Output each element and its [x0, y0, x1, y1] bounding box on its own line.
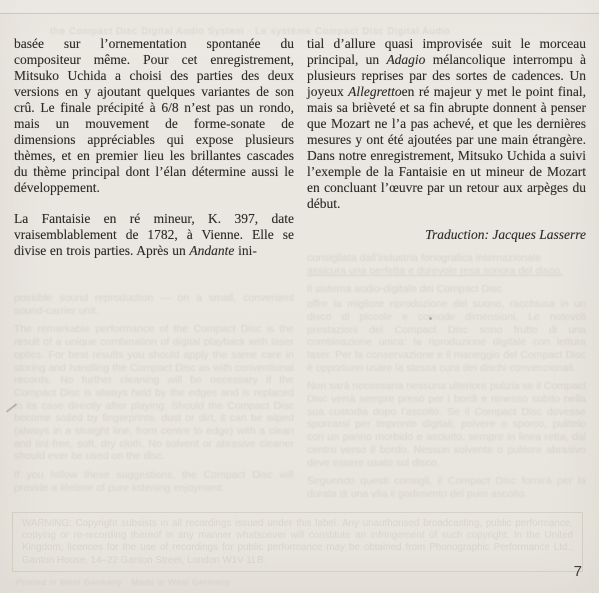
left-column: basée sur l’ornementation spontanée du c…	[14, 36, 294, 259]
bleedthrough-heading: Il sistema audio-digitale dei Compact Di…	[307, 283, 586, 296]
bleedthrough-paragraph: possible sound reproduction — on a small…	[14, 292, 294, 317]
crease-line	[0, 13, 599, 14]
paragraph-left-2: La Fantaisie en ré mineur, K. 397, date …	[14, 211, 294, 259]
dust-speck	[429, 317, 432, 320]
bleedthrough-paragraph: offre la migliore riproduzione del suono…	[307, 298, 586, 374]
bleedthrough-underlined-line: assicura una perfetta e durevole resa so…	[307, 265, 586, 278]
bleedthrough-bottom-line: Printed in West Germany · Made in West G…	[16, 577, 446, 587]
bleedthrough-line: consigliata dall’industria fonografica i…	[307, 252, 586, 265]
paragraph-left-1: basée sur l’ornementation spontanée du c…	[14, 36, 294, 196]
scanned-page: the Compact Disc Digital Audio System · …	[0, 0, 599, 593]
bleedthrough-left-column: possible sound reproduction — on a small…	[14, 292, 294, 501]
paragraph-right-1: tial d’allure quasi improvisée suit le m…	[307, 36, 586, 212]
page-number: 7	[558, 563, 582, 580]
bleedthrough-right-column: consigliata dall’industria fonografica i…	[307, 252, 586, 507]
bleedthrough-paragraph: If you follow these suggestions, the Com…	[14, 469, 294, 494]
scan-edge-band	[0, 0, 599, 12]
right-column: tial d’allure quasi improvisée suit le m…	[307, 36, 586, 243]
bleedthrough-paragraph: Seguendo questi consigli, il Compact Dis…	[307, 475, 586, 500]
bleedthrough-paragraph: The remarkable performance of the Compac…	[14, 323, 294, 463]
bleedthrough-paragraph: Non sarà necessaria nessuna ulteriore pu…	[307, 380, 586, 469]
translation-credit: Traduction: Jacques Lasserre	[307, 227, 586, 243]
bleedthrough-warning-box: WARNING: Copyright subsists in all recor…	[12, 512, 583, 572]
